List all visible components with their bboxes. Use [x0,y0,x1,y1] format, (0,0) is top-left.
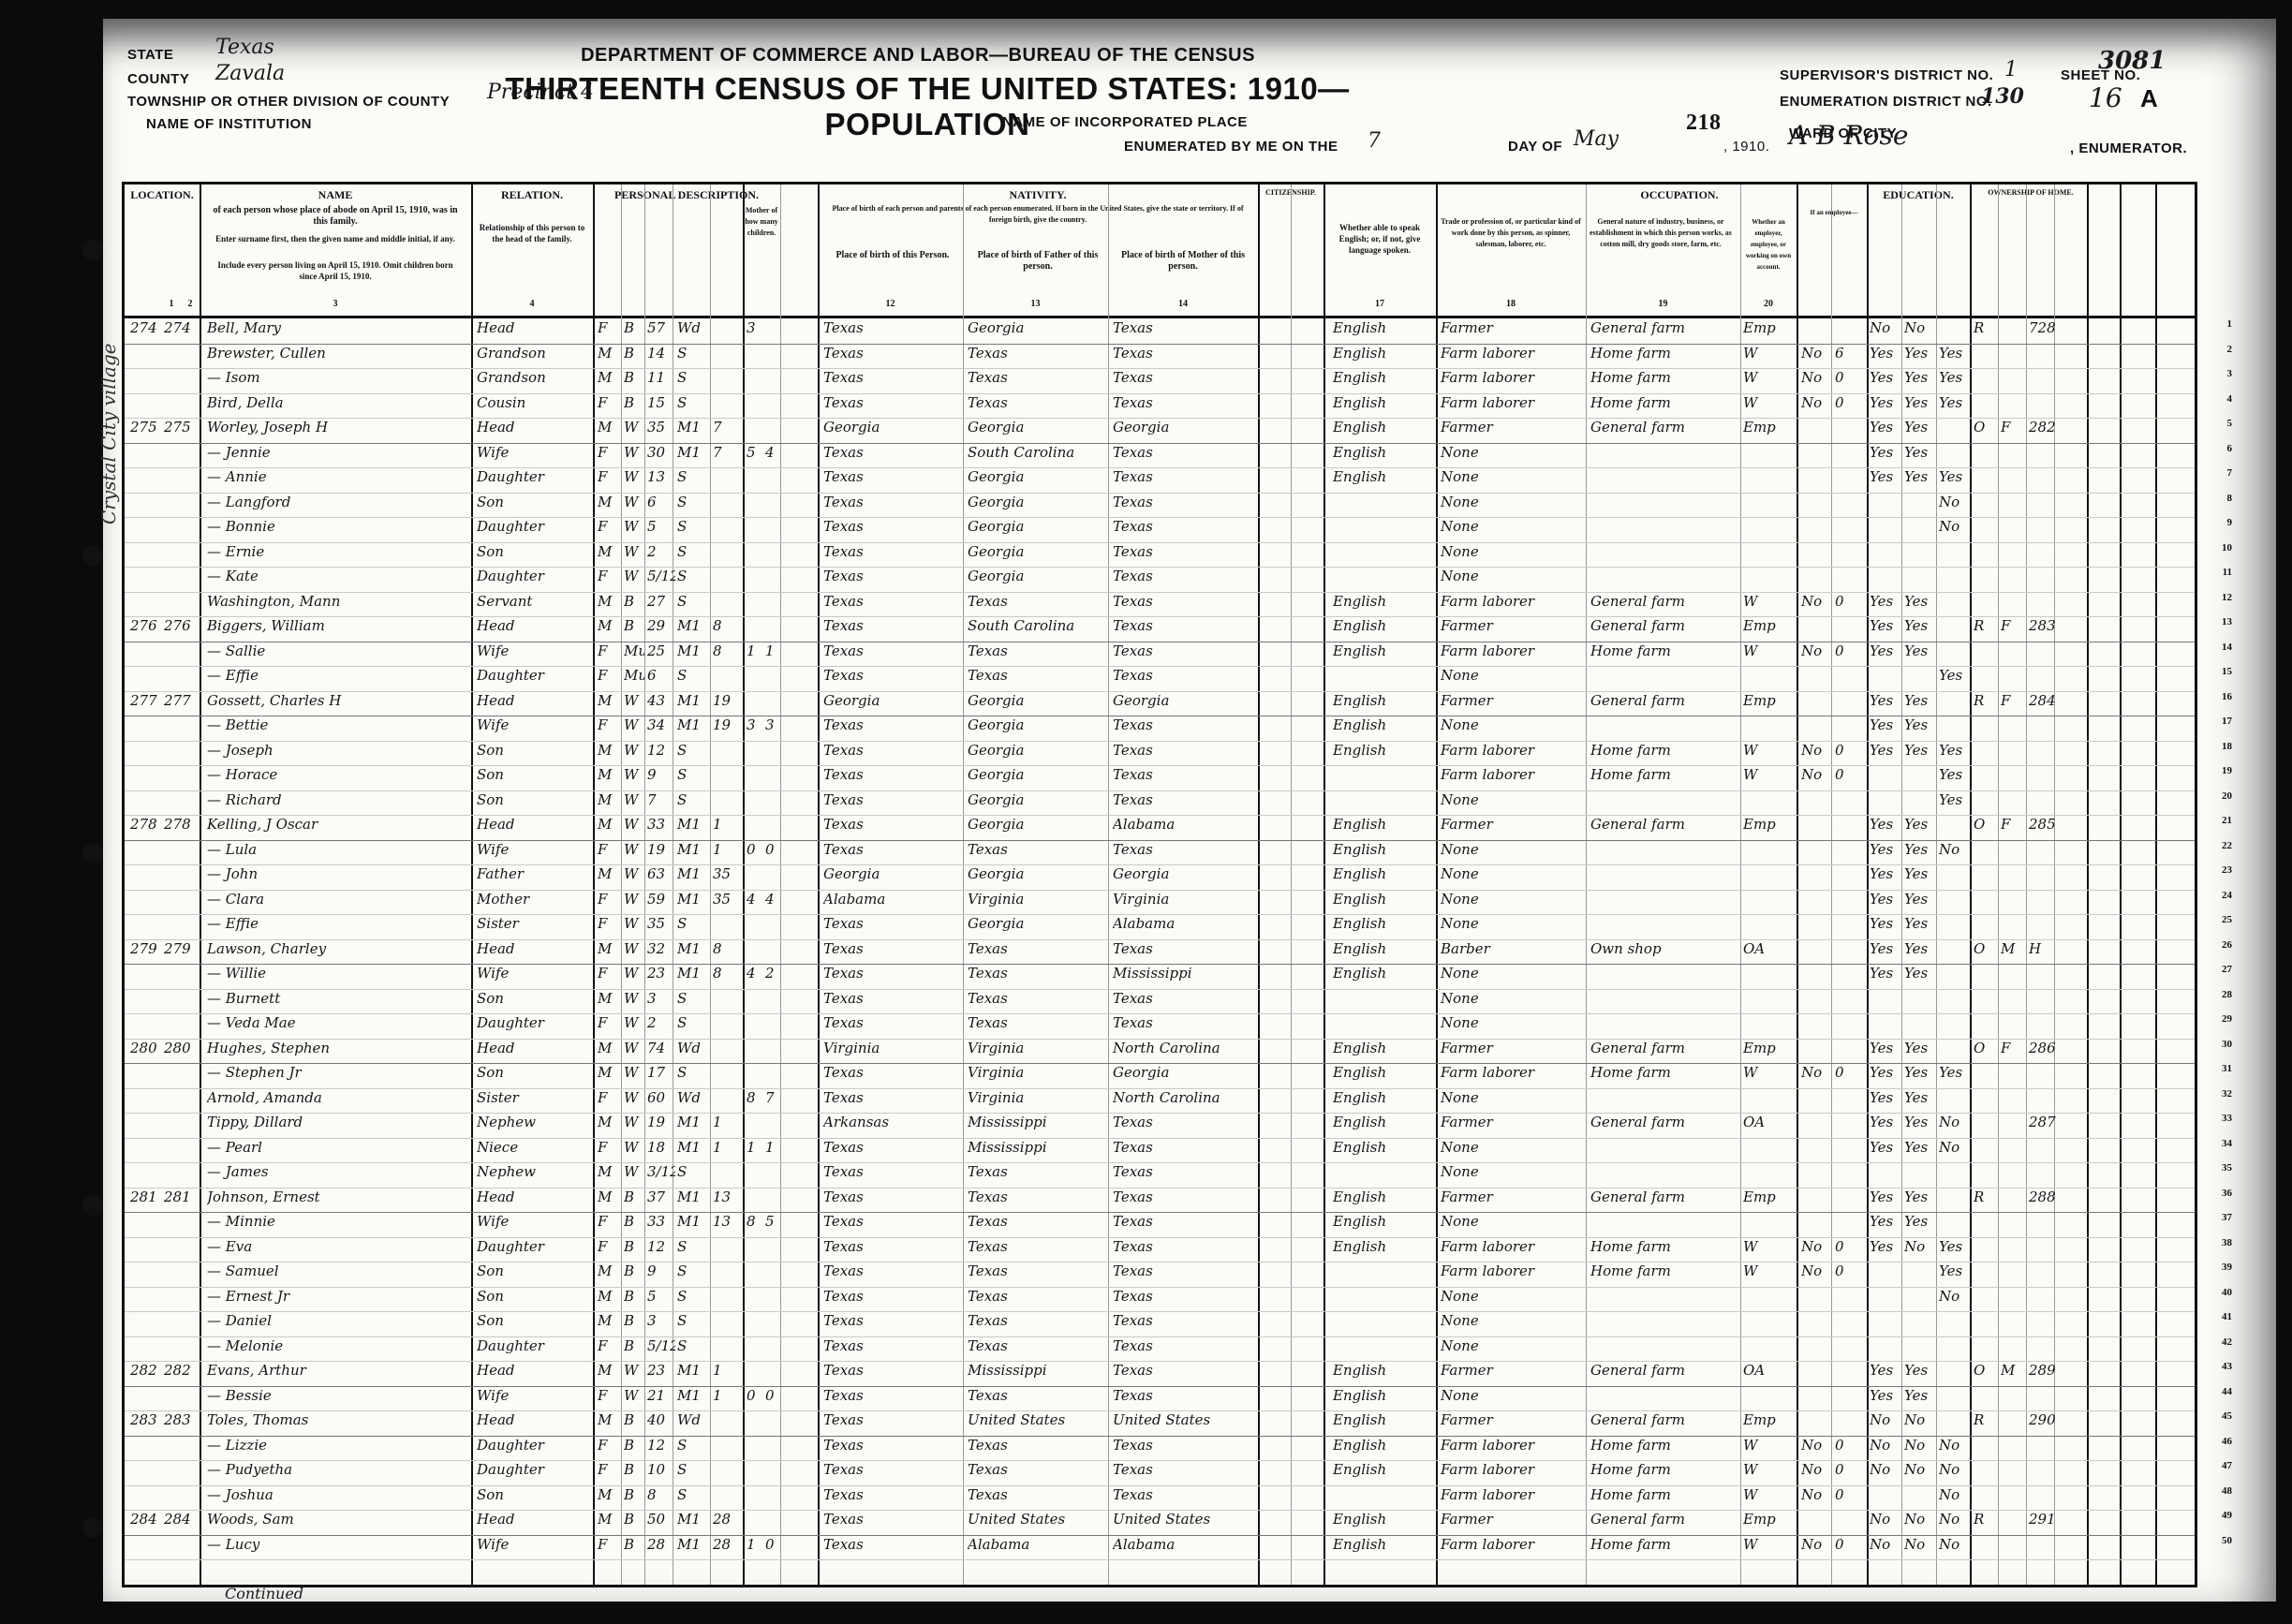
cell-born: 8 [747,1089,763,1106]
cell-age: 33 [647,816,675,833]
table-row: — LulaWifeFW19M1100TexasTexasTexasEnglis… [125,840,2195,866]
cell-ind: Home farm [1590,1486,1738,1503]
cell-ms: M1 [677,865,709,882]
cell-trade: Farmer [1441,816,1583,833]
cell-race: W [624,1139,644,1156]
cell-age: 29 [647,617,675,634]
cell-write: No [1904,319,1936,336]
cell-fbp: Texas [968,593,1106,610]
cell-read: No [1870,1461,1901,1478]
cell-mbp: Texas [1113,667,1253,684]
cell-age: 28 [647,1536,675,1553]
cell-bp: Texas [823,742,962,759]
cell-bp: Texas [823,1461,962,1478]
cell-race: W [624,965,644,982]
cell-mbp: Texas [1113,1188,1253,1205]
cell-ind: Home farm [1590,742,1738,759]
line-number: 1 [2227,318,2233,330]
cell-yrs: 1 [713,1114,741,1130]
cell-write: Yes [1904,369,1936,386]
cell-bp: Texas [823,1536,962,1553]
cell-rel: Nephew [477,1163,591,1180]
cell-name: Brewster, Cullen [207,345,469,362]
table-row: — LizzieDaughterFB12STexasTexasTexasEngl… [125,1436,2195,1462]
cell-emp: W [1743,1238,1796,1255]
cell-own: O [1974,1362,1996,1379]
cell-trade: Farm laborer [1441,1437,1583,1454]
group-ownership: OWNERSHIP OF HOME. [1974,188,2087,197]
cell-bp: Texas [823,1014,962,1031]
cell-mbp: Texas [1113,369,1253,386]
state-label: STATE [127,47,173,63]
institution-label: NAME OF INSTITUTION [146,116,312,132]
table-row: — MelonieDaughterFB5/12STexasTexasTexasN… [125,1336,2195,1363]
cell-sch: No [1939,518,1969,535]
cell-sch: No [1939,1288,1969,1305]
cell-name: Evans, Arthur [207,1362,469,1379]
cell-ms: Wd [677,1411,709,1428]
cell-race: W [624,692,644,709]
cell-mbp: Virginia [1113,891,1253,908]
cell-trade: None [1441,543,1583,560]
cell-bp: Texas [823,1213,962,1230]
col-num: 12 [818,299,963,309]
birth-mother-header: Place of birth of Mother of this person. [1113,250,1253,273]
cell-sex: F [598,891,618,908]
cell-bp: Texas [823,1064,962,1081]
cell-rel: Son [477,791,591,808]
cell-name: — Effie [207,915,469,932]
cell-sex: M [598,1511,618,1528]
cell-name: — Pudyetha [207,1461,469,1478]
cell-race: Mu [624,642,644,659]
cell-sch: No [1939,841,1969,858]
cell-sex: F [598,1238,618,1255]
cell-ms: M1 [677,617,709,634]
cell-mbp: Texas [1113,1337,1253,1354]
cell-wks: 0 [1835,1262,1863,1279]
cell-sex: F [598,1536,618,1553]
cell-age: 59 [647,891,675,908]
cell-read: Yes [1870,1387,1901,1404]
cell-eng: English [1333,345,1434,362]
cell-write: Yes [1904,1040,1936,1056]
line-number: 7 [2227,467,2233,479]
cell-read: Yes [1870,965,1901,982]
cell-name: Woods, Sam [207,1511,469,1528]
cell-age: 74 [647,1040,675,1056]
cell-age: 17 [647,1064,675,1081]
cell-trade: Farmer [1441,1511,1583,1528]
cell-age: 63 [647,865,675,882]
cell-ms: S [677,667,709,684]
cell-write: Yes [1904,345,1936,362]
supervisor-district-value: 1 [2004,58,2018,81]
cell-bp: Alabama [823,891,962,908]
cell-own: R [1974,1511,1996,1528]
cell-farm: F [2001,692,2025,709]
cell-write: Yes [1904,742,1936,759]
cell-sex: M [598,1362,618,1379]
cell-mbp: Texas [1113,1362,1253,1379]
cell-ms: Wd [677,1089,709,1106]
cell-wks: 0 [1835,369,1863,386]
cell-write: No [1904,1461,1936,1478]
cell-rel: Wife [477,716,591,733]
cell-trade: Farmer [1441,692,1583,709]
cell-race: B [624,1312,644,1329]
trade-header: Trade or profession of, or particular ki… [1441,216,1581,250]
county-label: COUNTY [127,71,189,87]
cell-mbp: Texas [1113,345,1253,362]
cell-age: 2 [647,543,675,560]
cell-name: — Lizzie [207,1437,469,1454]
cell-ms: S [677,1486,709,1503]
cell-race: B [624,1188,644,1205]
cell-sex: F [598,1437,618,1454]
cell-emp: Emp [1743,816,1796,833]
cell-trade: None [1441,444,1583,461]
cell-fbp: Texas [968,1437,1106,1454]
line-number: 15 [2222,666,2232,677]
punch-hole [82,545,103,566]
col-num: 13 [963,299,1108,309]
cell-sex: M [598,419,618,436]
cell-sex: F [598,568,618,584]
cell-yrs: 1 [713,1387,741,1404]
group-relation: RELATION. [471,188,593,202]
cell-write: No [1904,1511,1936,1528]
cell-fbp: Georgia [968,568,1106,584]
cell-age: 33 [647,1213,675,1230]
cell-rel: Son [477,990,591,1007]
sheet-value: 16 [2089,82,2122,113]
cell-sched: 287 [2029,1114,2087,1130]
cell-bp: Texas [823,965,962,982]
line-number: 36 [2222,1188,2232,1199]
cell-race: B [624,1536,644,1553]
cell-race: W [624,990,644,1007]
line-number: 47 [2222,1460,2232,1471]
line-number: 26 [2222,939,2232,951]
cell-own: O [1974,419,1996,436]
cell-rel: Daughter [477,518,591,535]
cell-yrs: 28 [713,1536,741,1553]
english-header: Whether able to speak English; or, if no… [1328,222,1431,256]
punch-hole [82,1517,103,1538]
cell-age: 43 [647,692,675,709]
cell-emp: W [1743,1064,1796,1081]
cell-ms: M1 [677,1536,709,1553]
cell-name: — Willie [207,965,469,982]
cell-bp: Texas [823,319,962,336]
cell-age: 3 [647,990,675,1007]
cell-race: W [624,915,644,932]
cell-fbp: Texas [968,1312,1106,1329]
cell-ind: General farm [1590,593,1738,610]
cell-rel: Wife [477,642,591,659]
cell-trade: None [1441,1337,1583,1354]
cell-rel: Son [477,742,591,759]
cell-ind: Home farm [1590,1064,1738,1081]
table-row: — PudyethaDaughterFB10STexasTexasTexasEn… [125,1460,2195,1486]
cell-ms: S [677,990,709,1007]
cell-bp: Texas [823,543,962,560]
cell-bp: Texas [823,1511,962,1528]
cell-living: 7 [765,1089,782,1106]
cell-yrs: 19 [713,692,741,709]
cell-fbp: Georgia [968,494,1106,510]
cell-bp: Texas [823,816,962,833]
cell-yrs: 8 [713,617,741,634]
col-num: 18 [1436,299,1586,309]
line-number: 3 [2227,368,2233,379]
cell-eng: English [1333,716,1434,733]
cell-ind: Home farm [1590,369,1738,386]
cell-write: Yes [1904,617,1936,634]
cell-age: 18 [647,1139,675,1156]
cell-ind: General farm [1590,419,1738,436]
cell-sex: F [598,841,618,858]
cell-trade: None [1441,891,1583,908]
year-label: , 1910. [1723,139,1769,155]
cell-race: W [624,1040,644,1056]
cell-born: 0 [747,1387,763,1404]
cell-trade: Barber [1441,940,1583,957]
cell-race: B [624,369,644,386]
cell-mbp: Texas [1113,494,1253,510]
cell-trade: None [1441,1163,1583,1180]
cell-eng: English [1333,915,1434,932]
cell-name: — Melonie [207,1337,469,1354]
cell-mbp: United States [1113,1511,1253,1528]
line-number: 22 [2222,840,2232,851]
stamp-corner: 3081 [2098,47,2166,75]
cell-fbp: Texas [968,940,1106,957]
cell-rel: Servant [477,593,591,610]
cell-ind: General farm [1590,617,1738,634]
cell-fbp: Georgia [968,319,1106,336]
cell-write: No [1904,1238,1936,1255]
cell-ms: S [677,1312,709,1329]
cell-eng: English [1333,1089,1434,1106]
cell-dw: 284 [130,1511,158,1528]
name-description-2: Enter surname first, then the given name… [209,233,462,244]
cell-bp: Texas [823,841,962,858]
table-row: 278278Kelling, J OscarHeadMW33M11TexasGe… [125,815,2195,841]
line-number: 34 [2222,1138,2232,1149]
cell-yrs: 1 [713,841,741,858]
cell-fbp: Texas [968,667,1106,684]
cell-wk: No [1801,1536,1829,1553]
cell-read: Yes [1870,1114,1901,1130]
cell-sex: F [598,319,618,336]
cell-race: W [624,891,644,908]
line-number: 46 [2222,1436,2232,1447]
table-row: — PearlNieceFW18M1111TexasMississippiTex… [125,1138,2195,1164]
cell-rel: Son [477,1486,591,1503]
cell-ms: S [677,494,709,510]
cell-read: Yes [1870,1238,1901,1255]
cell-dw: 282 [130,1362,158,1379]
cell-trade: Farmer [1441,1040,1583,1056]
line-number: 8 [2227,493,2233,504]
cell-name: — Samuel [207,1262,469,1279]
table-row: — JamesNephewMW3/12STexasTexasTexasNone3… [125,1162,2195,1188]
cell-eng: English [1333,468,1434,485]
table-row: Arnold, AmandaSisterFW60Wd87TexasVirgini… [125,1088,2195,1115]
cell-mbp: Texas [1113,568,1253,584]
cell-trade: Farmer [1441,1188,1583,1205]
table-row: 284284Woods, SamHeadMB50M128TexasUnited … [125,1510,2195,1536]
cell-age: 14 [647,345,675,362]
cell-fbp: Georgia [968,865,1106,882]
cell-fam: 284 [164,1511,196,1528]
cell-sex: F [598,667,618,684]
cell-mbp: United States [1113,1411,1253,1428]
line-number: 16 [2222,691,2232,702]
cell-ind: General farm [1590,816,1738,833]
cell-ms: M1 [677,891,709,908]
table-row: — MinnieWifeFB33M11385TexasTexasTexasEng… [125,1212,2195,1238]
cell-yrs: 1 [713,1362,741,1379]
cell-eng: English [1333,642,1434,659]
day-of-label: DAY OF [1508,139,1562,155]
cell-dw: 283 [130,1411,158,1428]
cell-read: No [1870,1511,1901,1528]
cell-born: 8 [747,1213,763,1230]
cell-read: Yes [1870,1089,1901,1106]
cell-name: Lawson, Charley [207,940,469,957]
cell-race: W [624,791,644,808]
cell-age: 7 [647,791,675,808]
cell-living: 3 [765,716,782,733]
cell-write: Yes [1904,692,1936,709]
table-row: — BurnettSonMW3STexasTexasTexasNone28 [125,989,2195,1015]
cell-name: — Joshua [207,1486,469,1503]
cell-mbp: Texas [1113,394,1253,411]
cell-emp: OA [1743,940,1796,957]
cell-age: 10 [647,1461,675,1478]
cell-sched: 290 [2029,1411,2087,1428]
enumerated-label: ENUMERATED BY ME ON THE [1124,139,1338,155]
cell-age: 37 [647,1188,675,1205]
cell-age: 25 [647,642,675,659]
cell-age: 34 [647,716,675,733]
cell-rel: Son [477,1064,591,1081]
cell-sch: Yes [1939,394,1969,411]
cell-age: 6 [647,494,675,510]
cell-bp: Texas [823,766,962,783]
cell-wk: No [1801,593,1829,610]
cell-write: Yes [1904,841,1936,858]
cell-age: 15 [647,394,675,411]
cell-fbp: United States [968,1511,1106,1528]
line-number: 50 [2222,1535,2232,1546]
cell-sex: F [598,1213,618,1230]
cell-age: 40 [647,1411,675,1428]
line-number: 18 [2222,741,2232,752]
table-row: — EffieSisterFW35STexasGeorgiaAlabamaEng… [125,914,2195,940]
cell-fbp: Texas [968,1213,1106,1230]
col-num: 17 [1323,299,1436,309]
table-row: — BonnieDaughterFW5STexasGeorgiaTexasNon… [125,517,2195,543]
cell-bp: Texas [823,940,962,957]
cell-sex: F [598,1014,618,1031]
line-number: 5 [2227,418,2233,429]
cell-race: W [624,865,644,882]
cell-fbp: Texas [968,369,1106,386]
cell-rel: Head [477,1511,591,1528]
cell-write: Yes [1904,1114,1936,1130]
cell-ms: M1 [677,940,709,957]
cell-rel: Head [477,419,591,436]
cell-rel: Head [477,1362,591,1379]
cell-own: O [1974,1040,1996,1056]
cell-eng: English [1333,1411,1434,1428]
cell-read: Yes [1870,1064,1901,1081]
cell-name: — Horace [207,766,469,783]
cell-read: Yes [1870,1362,1901,1379]
cell-read: Yes [1870,841,1901,858]
line-number: 20 [2222,790,2232,802]
cell-yrs: 13 [713,1213,741,1230]
cell-trade: None [1441,965,1583,982]
cell-write: Yes [1904,1064,1936,1081]
cell-ms: S [677,345,709,362]
cell-trade: Farm laborer [1441,1486,1583,1503]
cell-sched: 286 [2029,1040,2087,1056]
cell-wks: 0 [1835,1461,1863,1478]
cell-sex: M [598,940,618,957]
cell-ind: Home farm [1590,766,1738,783]
cell-trade: None [1441,716,1583,733]
cell-sex: M [598,865,618,882]
col-num: 4 [471,299,593,309]
cell-name: — Clara [207,891,469,908]
cell-rel: Daughter [477,1014,591,1031]
table-row: — Ernest JrSonMB5STexasTexasTexasNoneNo4… [125,1287,2195,1313]
cell-emp: W [1743,369,1796,386]
line-number: 30 [2222,1039,2232,1050]
cell-fbp: Georgia [968,742,1106,759]
cell-rel: Son [477,1288,591,1305]
cell-sex: M [598,742,618,759]
cell-ms: S [677,1337,709,1354]
cell-bp: Texas [823,1188,962,1205]
cell-emp: Emp [1743,1188,1796,1205]
continued-note: Continued [225,1585,303,1602]
group-nativity: NATIVITY. [818,188,1258,202]
cell-write: Yes [1904,716,1936,733]
cell-mbp: Texas [1113,444,1253,461]
cell-age: 19 [647,1114,675,1130]
cell-ms: S [677,915,709,932]
cell-trade: None [1441,1387,1583,1404]
state-value: Texas [215,36,274,59]
cell-fam: 283 [164,1411,196,1428]
cell-trade: None [1441,990,1583,1007]
name-description-3: Include every person living on April 15,… [209,259,462,282]
cell-emp: W [1743,1262,1796,1279]
cell-wks: 0 [1835,1486,1863,1503]
cell-age: 5/12 [647,1337,675,1354]
cell-own: R [1974,1411,1996,1428]
cell-rel: Head [477,1188,591,1205]
cell-mbp: Georgia [1113,692,1253,709]
census-sheet: STATE Texas COUNTY Zavala TOWNSHIP OR OT… [103,19,2276,1602]
cell-wk: No [1801,1486,1829,1503]
